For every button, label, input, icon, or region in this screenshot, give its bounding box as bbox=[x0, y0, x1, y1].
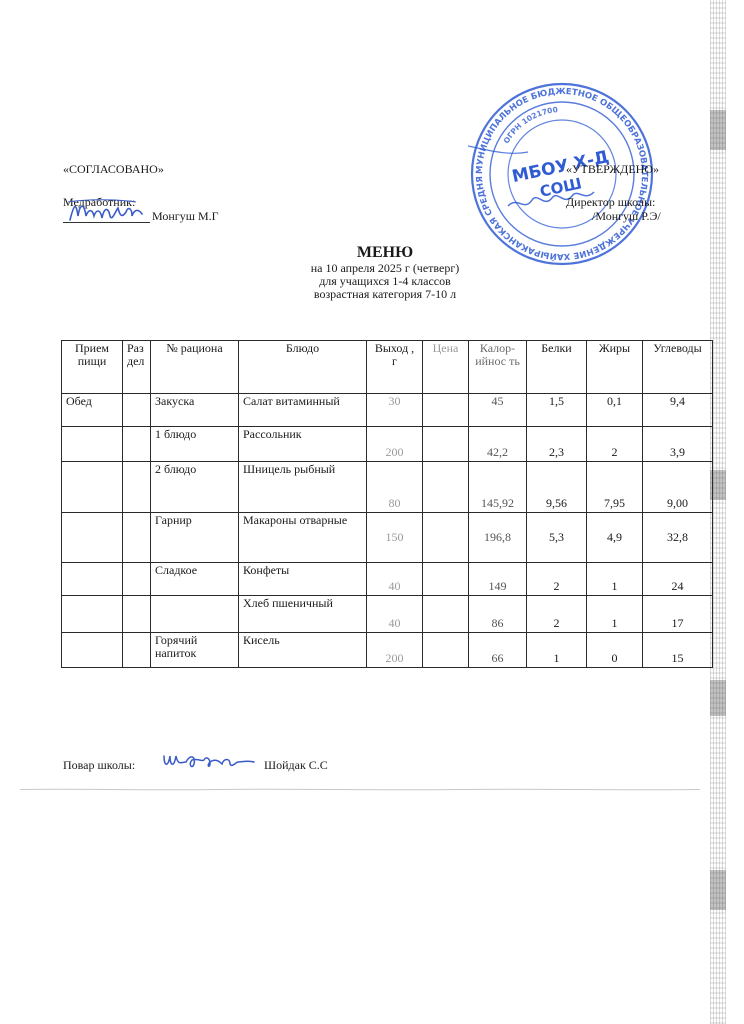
cell-dish: Конфеты bbox=[239, 563, 367, 596]
cell-price bbox=[423, 596, 469, 633]
cell-carbs: 9,00 bbox=[643, 462, 713, 513]
table-row: СладкоеКонфеты401492124 bbox=[62, 563, 713, 596]
cell-calories: 45 bbox=[469, 394, 527, 427]
cell-price bbox=[423, 394, 469, 427]
cell-meal bbox=[62, 427, 123, 462]
header-calories: Калор-ийнос ть bbox=[469, 341, 527, 394]
table-header-row: Прием пищи Раз дел № рациона Блюдо Выход… bbox=[62, 341, 713, 394]
header-dish: Блюдо bbox=[239, 341, 367, 394]
cell-yield: 200 bbox=[367, 633, 423, 668]
cell-section bbox=[123, 462, 151, 513]
cell-calories: 196,8 bbox=[469, 513, 527, 563]
cell-price bbox=[423, 462, 469, 513]
cell-ration: 2 блюдо bbox=[151, 462, 239, 513]
cook-role-label: Повар школы: bbox=[63, 758, 135, 772]
table-row: ОбедЗакускаСалат витаминный30451,50,19,4 bbox=[62, 394, 713, 427]
cell-calories: 145,92 bbox=[469, 462, 527, 513]
cell-meal bbox=[62, 596, 123, 633]
header-section: Раз дел bbox=[123, 341, 151, 394]
cell-yield: 80 bbox=[367, 462, 423, 513]
cell-price bbox=[423, 633, 469, 668]
header-price: Цена bbox=[423, 341, 469, 394]
scanner-noise-patch bbox=[710, 110, 726, 150]
cell-calories: 149 bbox=[469, 563, 527, 596]
cell-ration: Гарнир bbox=[151, 513, 239, 563]
approved-heading: «УТВЕРЖДЕНО» bbox=[566, 162, 659, 176]
cell-price bbox=[423, 513, 469, 563]
menu-heading: МЕНЮ bbox=[230, 244, 540, 262]
agreed-heading: «СОГЛАСОВАНО» bbox=[63, 162, 164, 176]
cell-fat: 0,1 bbox=[587, 394, 643, 427]
cell-yield: 200 bbox=[367, 427, 423, 462]
cell-protein: 2 bbox=[527, 596, 587, 633]
cell-carbs: 17 bbox=[643, 596, 713, 633]
cell-carbs: 3,9 bbox=[643, 427, 713, 462]
cell-yield: 40 bbox=[367, 596, 423, 633]
cell-fat: 7,95 bbox=[587, 462, 643, 513]
cell-section bbox=[123, 394, 151, 427]
director-role-label: Директор школы: bbox=[566, 195, 655, 209]
paper-fold-line bbox=[20, 788, 700, 791]
cell-price bbox=[423, 563, 469, 596]
table-row: ГарнирМакароны отварные150196,85,34,932,… bbox=[62, 513, 713, 563]
cell-section bbox=[123, 427, 151, 462]
table-row: Горячий напитокКисель200661015 bbox=[62, 633, 713, 668]
cook-name: Шойдак С.С bbox=[264, 758, 328, 772]
cell-section bbox=[123, 633, 151, 668]
cell-carbs: 24 bbox=[643, 563, 713, 596]
cell-price bbox=[423, 427, 469, 462]
cell-protein: 1,5 bbox=[527, 394, 587, 427]
cell-yield: 40 bbox=[367, 563, 423, 596]
cell-protein: 1 bbox=[527, 633, 587, 668]
cell-yield: 150 bbox=[367, 513, 423, 563]
cell-calories: 86 bbox=[469, 596, 527, 633]
cell-fat: 1 bbox=[587, 596, 643, 633]
menu-table: Прием пищи Раз дел № рациона Блюдо Выход… bbox=[61, 340, 713, 668]
cell-meal bbox=[62, 633, 123, 668]
header-fat: Жиры bbox=[587, 341, 643, 394]
cell-dish: Кисель bbox=[239, 633, 367, 668]
cell-ration: 1 блюдо bbox=[151, 427, 239, 462]
cell-meal bbox=[62, 563, 123, 596]
header-meal: Прием пищи bbox=[62, 341, 123, 394]
cell-ration bbox=[151, 596, 239, 633]
header-carbs: Углеводы bbox=[643, 341, 713, 394]
cell-dish: Макароны отварные bbox=[239, 513, 367, 563]
cell-ration: Закуска bbox=[151, 394, 239, 427]
cell-meal bbox=[62, 462, 123, 513]
cell-fat: 0 bbox=[587, 633, 643, 668]
cell-dish: Шницель рыбный bbox=[239, 462, 367, 513]
cell-calories: 66 bbox=[469, 633, 527, 668]
header-ration: № рациона bbox=[151, 341, 239, 394]
cell-dish: Хлеб пшеничный bbox=[239, 596, 367, 633]
scanner-noise-patch bbox=[710, 680, 726, 716]
cell-section bbox=[123, 513, 151, 563]
cell-carbs: 9,4 bbox=[643, 394, 713, 427]
cell-ration: Сладкое bbox=[151, 563, 239, 596]
cell-carbs: 32,8 bbox=[643, 513, 713, 563]
cell-meal: Обед bbox=[62, 394, 123, 427]
cell-protein: 2,3 bbox=[527, 427, 587, 462]
cell-protein: 5,3 bbox=[527, 513, 587, 563]
cell-fat: 4,9 bbox=[587, 513, 643, 563]
table-row: 1 блюдо Рассольник20042,22,323,9 bbox=[62, 427, 713, 462]
cell-calories: 42,2 bbox=[469, 427, 527, 462]
table-row: 2 блюдоШницель рыбный80145,929,567,959,0… bbox=[62, 462, 713, 513]
medic-name: Монгуш М.Г bbox=[152, 209, 219, 223]
cell-fat: 2 bbox=[587, 427, 643, 462]
table-row: Хлеб пшеничный40862117 bbox=[62, 596, 713, 633]
cook-signature-icon bbox=[160, 748, 258, 774]
cell-dish: Рассольник bbox=[239, 427, 367, 462]
header-protein: Белки bbox=[527, 341, 587, 394]
cell-carbs: 15 bbox=[643, 633, 713, 668]
cell-dish: Салат витаминный bbox=[239, 394, 367, 427]
cell-protein: 2 bbox=[527, 563, 587, 596]
scanner-noise-patch bbox=[710, 870, 726, 910]
menu-title-block: МЕНЮ на 10 апреля 2025 г (четверг) для у… bbox=[230, 244, 540, 301]
cell-protein: 9,56 bbox=[527, 462, 587, 513]
cell-fat: 1 bbox=[587, 563, 643, 596]
medic-signature-icon bbox=[66, 196, 148, 226]
cell-section bbox=[123, 563, 151, 596]
cell-section bbox=[123, 596, 151, 633]
cell-ration: Горячий напиток bbox=[151, 633, 239, 668]
director-name: /Монгуш Р.Э/ bbox=[592, 209, 661, 223]
cell-yield: 30 bbox=[367, 394, 423, 427]
header-yield: Выход , г bbox=[367, 341, 423, 394]
menu-age-category: возрастная категория 7-10 л bbox=[230, 288, 540, 301]
cell-meal bbox=[62, 513, 123, 563]
